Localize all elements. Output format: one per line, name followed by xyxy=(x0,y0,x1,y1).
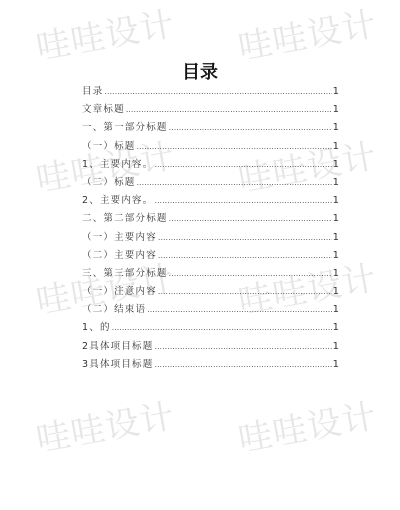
toc-entry-label: 1、的 xyxy=(82,319,111,333)
toc-entry[interactable]: 文章标题1 xyxy=(82,101,339,119)
toc-leader-dots xyxy=(154,196,331,205)
toc-page-number: 1 xyxy=(333,86,339,97)
toc-page-number: 1 xyxy=(333,268,339,279)
toc-entry[interactable]: 2具体项目标题1 xyxy=(82,338,339,356)
toc-entry[interactable]: 1、的1 xyxy=(82,319,339,337)
toc-leader-dots xyxy=(112,323,332,332)
toc-entry-label: 二、第二部分标题 xyxy=(82,210,168,224)
toc-leader-dots xyxy=(104,87,331,96)
toc-leader-dots xyxy=(169,214,332,223)
toc-leader-dots xyxy=(169,269,332,278)
watermark-text: 哇哇设计 xyxy=(32,388,178,461)
toc-page-number: 1 xyxy=(333,195,339,206)
toc-leader-dots xyxy=(154,360,331,369)
toc-entry[interactable]: （二）标题1 xyxy=(82,174,339,192)
document-page: 哇哇设计哇哇设计哇哇设计哇哇设计哇哇设计哇哇设计哇哇设计哇哇设计 目录 目录1文… xyxy=(0,0,400,510)
toc-entry-label: 文章标题 xyxy=(82,101,125,115)
toc-entry[interactable]: 2、主要内容。1 xyxy=(82,192,339,210)
toc-entry[interactable]: 二、第二部分标题1 xyxy=(82,210,339,228)
toc-entry-label: 一、第一部分标题 xyxy=(82,119,168,133)
toc-leader-dots xyxy=(137,142,332,151)
toc-page-number: 1 xyxy=(333,213,339,224)
toc-entry-label: 1、主要内容。 xyxy=(82,156,153,170)
toc-page-number: 1 xyxy=(333,177,339,188)
toc-page-number: 1 xyxy=(333,250,339,261)
toc-leader-dots xyxy=(126,105,332,114)
toc-entry[interactable]: 一、第一部分标题1 xyxy=(82,119,339,137)
toc-leader-dots xyxy=(154,160,331,169)
toc-entry-label: （二）结束语 xyxy=(82,301,146,315)
toc-page-number: 1 xyxy=(333,159,339,170)
watermark-text: 哇哇设计 xyxy=(234,388,380,461)
toc-leader-dots xyxy=(154,342,331,351)
toc-page-number: 1 xyxy=(333,322,339,333)
toc-leader-dots xyxy=(158,287,332,296)
toc-leader-dots xyxy=(158,251,332,260)
table-of-contents: 目录1文章标题1一、第一部分标题1（一）标题11、主要内容。1（二）标题12、主… xyxy=(82,83,339,374)
toc-page-number: 1 xyxy=(333,232,339,243)
toc-entry-label: （二）主要内容 xyxy=(82,247,157,261)
toc-page-number: 1 xyxy=(333,304,339,315)
toc-entry[interactable]: （一）主要内容1 xyxy=(82,229,339,247)
toc-entry[interactable]: （二）结束语1 xyxy=(82,301,339,319)
toc-entry[interactable]: （一）标题1 xyxy=(82,138,339,156)
toc-entry-label: （二）标题 xyxy=(82,174,136,188)
toc-leader-dots xyxy=(137,178,332,187)
toc-entry-label: （一）注意内容 xyxy=(82,283,157,297)
toc-page-number: 1 xyxy=(333,286,339,297)
toc-entry-label: 2、主要内容。 xyxy=(82,192,153,206)
toc-entry-label: 2具体项目标题 xyxy=(82,338,153,352)
toc-entry[interactable]: 3具体项目标题1 xyxy=(82,356,339,374)
toc-entry[interactable]: 目录1 xyxy=(82,83,339,101)
toc-leader-dots xyxy=(147,305,331,314)
toc-entry-label: （一）标题 xyxy=(82,138,136,152)
toc-entry[interactable]: （一）注意内容1 xyxy=(82,283,339,301)
toc-page-number: 1 xyxy=(333,122,339,133)
toc-entry-label: 3具体项目标题 xyxy=(82,356,153,370)
toc-entry-label: 三、第三部分标题 xyxy=(82,265,168,279)
toc-leader-dots xyxy=(158,233,332,242)
toc-page-number: 1 xyxy=(333,104,339,115)
toc-title: 目录 xyxy=(0,58,400,84)
toc-entry[interactable]: 三、第三部分标题1 xyxy=(82,265,339,283)
toc-entry-label: （一）主要内容 xyxy=(82,229,157,243)
toc-entry-label: 目录 xyxy=(82,83,103,97)
toc-leader-dots xyxy=(169,123,332,132)
toc-page-number: 1 xyxy=(333,359,339,370)
toc-page-number: 1 xyxy=(333,141,339,152)
toc-entry[interactable]: （二）主要内容1 xyxy=(82,247,339,265)
toc-page-number: 1 xyxy=(333,341,339,352)
toc-entry[interactable]: 1、主要内容。1 xyxy=(82,156,339,174)
